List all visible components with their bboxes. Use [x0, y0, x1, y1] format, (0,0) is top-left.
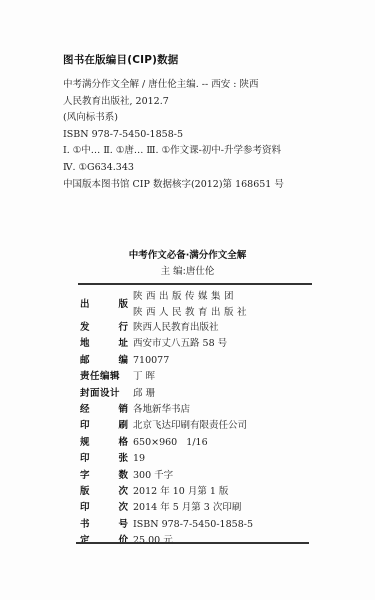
label-char: 数	[118, 468, 128, 484]
info-row-printing: 印 次 2014 年 5 月第 3 次印刷	[80, 500, 320, 516]
cip-line: Ⅳ. ①G634.343	[63, 160, 363, 177]
info-row-edition: 版 次 2012 年 10 月第 1 版	[80, 484, 320, 500]
cip-line: 中考满分作文全解 / 唐仕伦主编. -- 西安 : 陕西	[63, 77, 363, 94]
info-row-word-count: 字 数 300 千字	[80, 468, 320, 484]
label-char: 规	[80, 435, 90, 451]
info-row-cover-design: 封面设计 邱 珊	[80, 386, 320, 402]
info-label: 字 数	[80, 468, 128, 484]
label-char: 邮	[80, 353, 90, 369]
info-value: 2012 年 10 月第 1 版	[128, 484, 228, 500]
info-row-printer: 印 刷 北京飞达印刷有限责任公司	[80, 418, 320, 434]
label-char: 次	[118, 500, 128, 516]
label-char: 发	[80, 320, 90, 336]
info-value: 710077	[128, 353, 169, 369]
info-label: 印 次	[80, 500, 128, 516]
info-value: 西安市丈八五路 58 号	[128, 336, 227, 352]
info-row-postcode: 邮 编 710077	[80, 353, 320, 369]
info-value: 300 千字	[128, 468, 173, 484]
label-char: 经	[80, 402, 90, 418]
info-value: 2014 年 5 月第 3 次印刷	[128, 500, 241, 516]
info-label: 发 行	[80, 320, 128, 336]
label-char: 号	[118, 517, 128, 533]
label-char: 字	[80, 468, 90, 484]
info-label: 经 销	[80, 402, 128, 418]
info-row-sheets: 印 张 19	[80, 451, 320, 467]
book-title: 中考作文必备·满分作文全解	[0, 247, 375, 261]
editor-label: 主 编:	[161, 266, 186, 277]
info-row-isbn: 书 号 ISBN 978-7-5450-1858-5	[80, 517, 320, 533]
label-char: 张	[118, 451, 128, 467]
bottom-divider	[76, 542, 309, 544]
info-value: 陕西出版传媒集团 陕西人民教育出版社	[128, 289, 250, 320]
label-char: 印	[80, 418, 90, 434]
info-value: 丁 晖	[128, 369, 155, 385]
cip-line: ISBN 978-7-5450-1858-5	[63, 127, 363, 144]
label-char: 印	[80, 451, 90, 467]
info-label: 规 格	[80, 435, 128, 451]
info-label: 版 次	[80, 484, 128, 500]
info-value: 陕西人民教育出版社	[128, 320, 219, 336]
label-char: 刷	[118, 418, 128, 434]
cip-data-block: 中考满分作文全解 / 唐仕伦主编. -- 西安 : 陕西 人民教育出版社, 20…	[63, 77, 363, 193]
value-line: 陕西出版传媒集团	[133, 289, 250, 305]
label-char: 版	[80, 484, 90, 500]
info-label: 书 号	[80, 517, 128, 533]
label-char: 销	[118, 402, 128, 418]
editor-line: 主 编:唐仕伦	[0, 263, 375, 277]
info-label: 印 刷	[80, 418, 128, 434]
info-value: 650×960 1/16	[128, 435, 208, 451]
info-row-seller: 经 销 各地新华书店	[80, 402, 320, 418]
info-row-publisher: 出 版 陕西出版传媒集团 陕西人民教育出版社	[80, 289, 320, 320]
info-value: 邱 珊	[128, 386, 155, 402]
label-char: 出	[80, 289, 90, 320]
info-row-responsible-editor: 责任编辑 丁 晖	[80, 369, 320, 385]
label-char: 址	[118, 336, 128, 352]
cip-line: 人民教育出版社, 2012.7	[63, 94, 363, 111]
info-value: ISBN 978-7-5450-1858-5	[128, 517, 253, 533]
label-char: 版	[118, 289, 128, 320]
info-value: 各地新华书店	[128, 402, 190, 418]
cip-line: 中国版本图书馆 CIP 数据核字(2012)第 168651 号	[63, 177, 363, 194]
info-label: 地 址	[80, 336, 128, 352]
cip-line: Ⅰ. ①中… Ⅱ. ①唐… Ⅲ. ①作文课-初中-升学参考资料	[63, 143, 363, 160]
info-row-address: 地 址 西安市丈八五路 58 号	[80, 336, 320, 352]
label-char: 次	[118, 484, 128, 500]
info-label: 责任编辑	[80, 369, 128, 385]
info-label: 封面设计	[80, 386, 128, 402]
copyright-page: 图书在版编目(CIP)数据 中考满分作文全解 / 唐仕伦主编. -- 西安 : …	[0, 0, 375, 600]
label-char: 印	[80, 500, 90, 516]
info-label: 印 张	[80, 451, 128, 467]
cip-line: (风向标书系)	[63, 110, 363, 127]
editor-name: 唐仕伦	[186, 266, 215, 277]
info-value: 19	[128, 451, 145, 467]
label-char: 书	[80, 517, 90, 533]
cip-heading: 图书在版编目(CIP)数据	[63, 52, 179, 67]
top-divider	[78, 283, 312, 285]
info-row-distributor: 发 行 陕西人民教育出版社	[80, 320, 320, 336]
label-char: 地	[80, 336, 90, 352]
info-label: 出 版	[80, 289, 128, 320]
label-char: 编	[118, 353, 128, 369]
info-row-format: 规 格 650×960 1/16	[80, 435, 320, 451]
label-char: 格	[118, 435, 128, 451]
publication-info-table: 出 版 陕西出版传媒集团 陕西人民教育出版社 发 行 陕西人民教育出版社 地 址…	[80, 289, 320, 549]
info-value: 北京飞达印刷有限责任公司	[128, 418, 247, 434]
value-line: 陕西人民教育出版社	[133, 305, 250, 321]
label-char: 行	[118, 320, 128, 336]
info-label: 邮 编	[80, 353, 128, 369]
